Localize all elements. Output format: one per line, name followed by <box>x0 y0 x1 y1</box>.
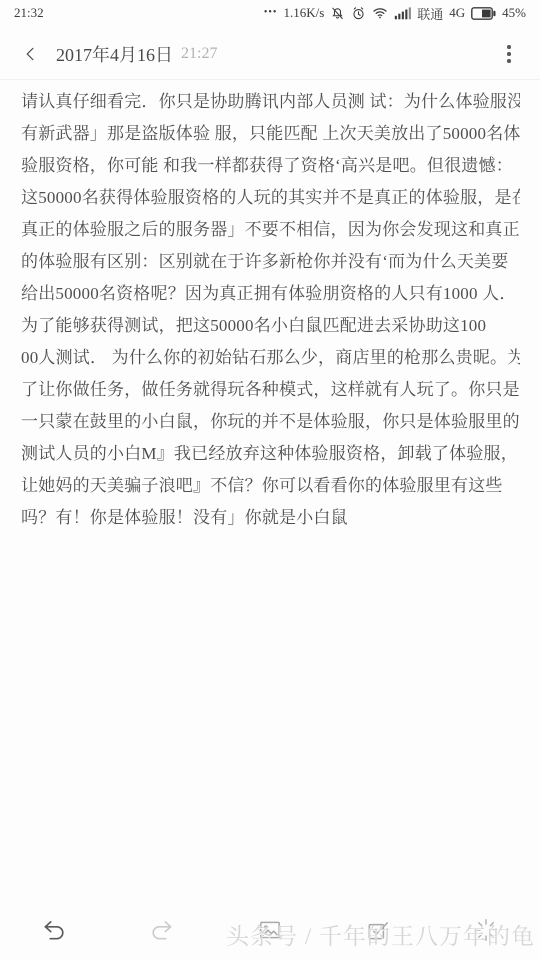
network-speed: 1.16K/s <box>283 5 324 21</box>
signal-icon <box>394 6 411 20</box>
battery-percent: 45% <box>502 5 526 21</box>
note-line: 给出50000名资格呢？因为真正拥有体验朋资格的人只有1000 人． <box>21 278 520 310</box>
status-time: 21:32 <box>14 5 44 21</box>
battery-icon <box>471 7 496 20</box>
note-line: 吗？有！你是体验服！没有」你就是小白鼠 <box>21 502 520 534</box>
note-line: 让她妈的天美骗子浪吧』不信？你可以看看你的体验服里有这些 <box>21 470 520 502</box>
notes-app-screen: 21:32 ••• 1.16K/s <box>0 0 540 960</box>
note-line: 的体验服有区别：区别就在于许多新枪你并没有‘而为什么天美要 <box>21 246 520 278</box>
note-line: 00人测试． 为什么你的初始钻石那么少，商店里的枪那么贵昵。为 <box>21 342 520 374</box>
note-date-title: 2017年4月16日 <box>56 41 173 67</box>
note-line: 了让你做任务，做任务就得玩各种模式，这样就有人玩了。你只是 <box>21 374 520 406</box>
note-line: 为了能够获得测试，把这50000名小白鼠匹配进去采协助这100 <box>21 310 520 342</box>
undo-button[interactable] <box>0 900 108 960</box>
checkbox-icon <box>365 917 391 943</box>
redo-icon <box>149 917 175 943</box>
editor-toolbar <box>0 900 540 960</box>
note-time: 21:27 <box>181 45 217 63</box>
back-button[interactable] <box>18 41 44 67</box>
note-line: 真正的体验服之后的服务器」不要不相信，因为你会发现这和真正 <box>21 214 520 246</box>
note-line: 有新武器」那是盗版体验 服，只能匹配 上次天美放出了50000名体 <box>21 118 520 150</box>
wifi-icon <box>372 6 388 20</box>
note-line: 测试人员的小白M』我已经放弃这种体验服资格，卸载了体验服， <box>21 438 520 470</box>
redo-button[interactable] <box>108 900 216 960</box>
header-divider <box>0 79 540 80</box>
image-icon <box>257 917 283 943</box>
note-line: 请认真仔细看完．你只是协助腾讯内部人员测 试：为什么体验服没 <box>21 86 520 118</box>
note-line: 一只蒙在鼓里的小白鼠，你玩的并不是体验服，你只是体验服里的 <box>21 406 520 438</box>
undo-icon <box>41 917 67 943</box>
network-type-label: 4G <box>449 5 465 21</box>
doodle-icon <box>473 917 499 943</box>
mute-icon <box>330 6 345 21</box>
back-icon <box>22 45 40 63</box>
note-text-area[interactable]: 请认真仔细看完．你只是协助腾讯内部人员测 试：为什么体验服没有新武器」那是盗版体… <box>0 86 540 880</box>
note-line: 这50000名获得体验服资格的人玩的其实并不是真正的体验服，是在 <box>21 182 520 214</box>
checklist-button[interactable] <box>324 900 432 960</box>
alarm-icon <box>351 6 366 21</box>
insert-image-button[interactable] <box>216 900 324 960</box>
status-bar: 21:32 ••• 1.16K/s <box>0 0 540 26</box>
note-header: 2017年4月16日 21:27 <box>0 30 540 78</box>
carrier-label: 联通 <box>417 4 443 23</box>
note-line: 验服资格，你可能 和我一样都获得了资格‘高兴是吧。但很遗憾： <box>21 150 520 182</box>
more-menu-button[interactable] <box>496 41 522 67</box>
notification-dots-icon: ••• <box>264 8 278 18</box>
doodle-button[interactable] <box>432 900 540 960</box>
